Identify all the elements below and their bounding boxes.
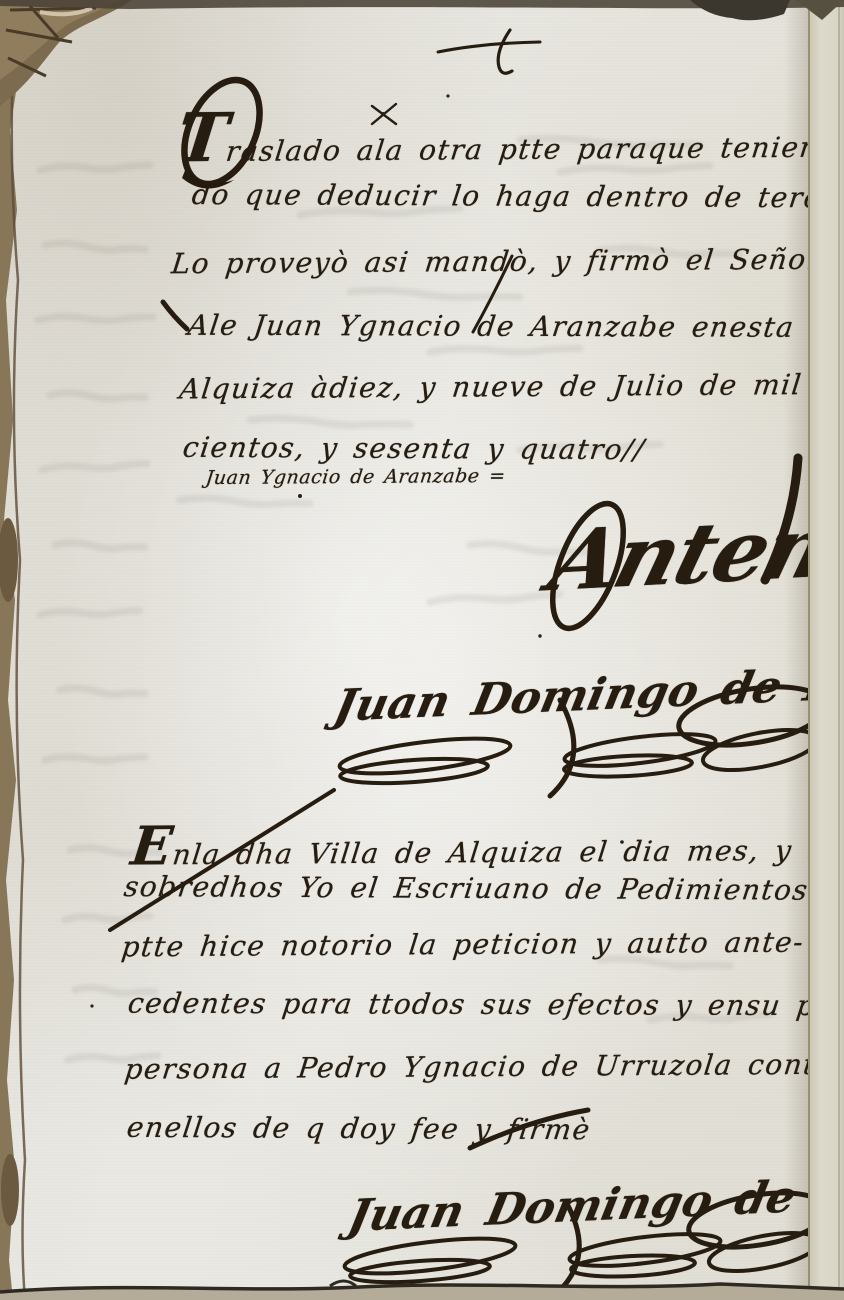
- top-edge: [0, 0, 844, 9]
- diligencia-line: Enla dha Villa de Alquiza el dia mes, y …: [128, 809, 844, 877]
- decree-line: cientos, y sesenta y quatro//: [181, 431, 647, 466]
- left-torn-edge: [0, 0, 21, 1300]
- signature-juan-domingo-de-elola: Juan Domingo de Elola: [330, 655, 844, 732]
- ante-mi-subscription: Antemì.: [540, 493, 844, 610]
- diligencia-line: ptte hice notorio la peticion y autto an…: [120, 926, 806, 964]
- top-left-corner-tear: [0, 0, 132, 106]
- decree-line: Traslado ala otra ptte paraque tenien-: [173, 94, 836, 178]
- pen-tick: [163, 302, 187, 329]
- decree-line: do que deducir lo haga dentro de tercero…: [190, 178, 844, 215]
- manuscript-page: Traslado ala otra ptte paraque tenien- d…: [0, 0, 844, 1300]
- bottom-edge: [0, 1281, 844, 1300]
- top-edge-debris: [690, 0, 790, 20]
- decree-line: Alquiza àdiez, y nueve de Julio de mil s…: [178, 368, 844, 406]
- edge-damage-blob: [1, 1154, 19, 1226]
- invocation-cross-icon: [438, 30, 540, 73]
- top-right-debris: [796, 0, 844, 20]
- diligencia-line: enellos de q doy fee y firmè: [125, 1111, 593, 1146]
- decree-attribution: Juan Ygnacio de Aranzabe =: [205, 465, 507, 489]
- edge-damage-blob: [0, 518, 18, 602]
- signature-juan-domingo-de-elola: Juan Domingo de Elola: [344, 1165, 844, 1242]
- decree-line: Ale Juan Ygnacio de Aranzabe enesta Vill…: [186, 309, 844, 345]
- diligencia-line: persona a Pedro Ygnacio de Urruzola cont…: [123, 1047, 844, 1085]
- diligencia-line: cedentes para ttodos sus efectos y ensu …: [126, 987, 844, 1023]
- diligencia-line: sobredhos Yo el Escriuano de Pedimientos…: [122, 870, 844, 907]
- decree-line: Lo proveyò asi mandò, y firmò el Señor: [170, 243, 824, 281]
